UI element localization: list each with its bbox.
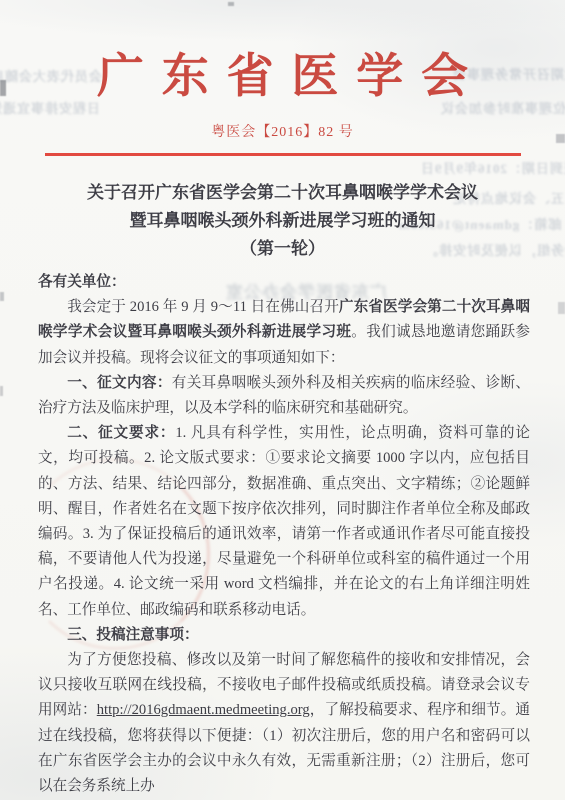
notice-title: 关于召开广东省医学会第二十次耳鼻咽喉学学术会议 暨耳鼻咽喉头颈外科新进展学习班的…	[40, 179, 525, 263]
section-3-label: 三、投稿注意事项：	[67, 627, 198, 643]
notice-title-line2: 暨耳鼻咽喉头颈外科新进展学习班的通知	[40, 207, 525, 235]
section-2-paragraph: 二、征文要求：1. 凡具有科学性，实用性，论点明确，资料可靠的论文，均可投稿。2…	[38, 421, 530, 623]
intro-paragraph: 我会定于 2016 年 9 月 9～11 日在佛山召开广东省医学会第二十次耳鼻咽…	[38, 295, 530, 371]
salutation: 各有关单位：	[38, 270, 530, 295]
submission-paragraph: 为了方便您投稿、修改以及第一时间了解您稿件的接收和安排情况，会议只接收互联网在线…	[38, 648, 530, 799]
section-1-paragraph: 一、征文内容：有关耳鼻咽喉头颈外科及相关疾病的临床经验、诊断、治疗方法及临床护理…	[38, 371, 530, 421]
intro-text: 我会定于 2016 年 9 月 9～11 日在佛山召开	[67, 299, 339, 315]
notice-body: 各有关单位： 我会定于 2016 年 9 月 9～11 日在佛山召开广东省医学会…	[38, 270, 530, 799]
scan-artifact	[558, 302, 565, 314]
scan-artifact	[0, 386, 3, 396]
scan-artifact	[228, 2, 234, 6]
conference-url[interactable]: http://2016gdmaent.medmeeting.org	[97, 702, 310, 718]
section-1-label: 一、征文内容：	[67, 375, 172, 391]
organization-name: 广东省医学会	[0, 50, 565, 104]
scanned-notice-page: 会员代表大会随后举行 日程安排事宜通知如下 拟于近期召开常务理事会 请各位理事准…	[0, 0, 565, 800]
section-2-label: 二、征文要求：	[67, 425, 175, 441]
scan-artifact	[0, 292, 4, 301]
notice-title-line3: （第一轮）	[40, 235, 525, 263]
bleed-through-text: 四、报到日期：2016年9月9日	[420, 158, 565, 177]
section-3-heading: 三、投稿注意事项：	[38, 623, 530, 648]
section-2-text: 1. 凡具有科学性，实用性，论点明确，资料可靠的论文，均可投稿。2. 论文版式要…	[38, 425, 530, 617]
notice-title-line1: 关于召开广东省医学会第二十次耳鼻咽喉学学术会议	[40, 179, 525, 207]
document-number: 粤医会【2016】82 号	[0, 121, 565, 141]
letterhead-divider	[45, 153, 521, 156]
